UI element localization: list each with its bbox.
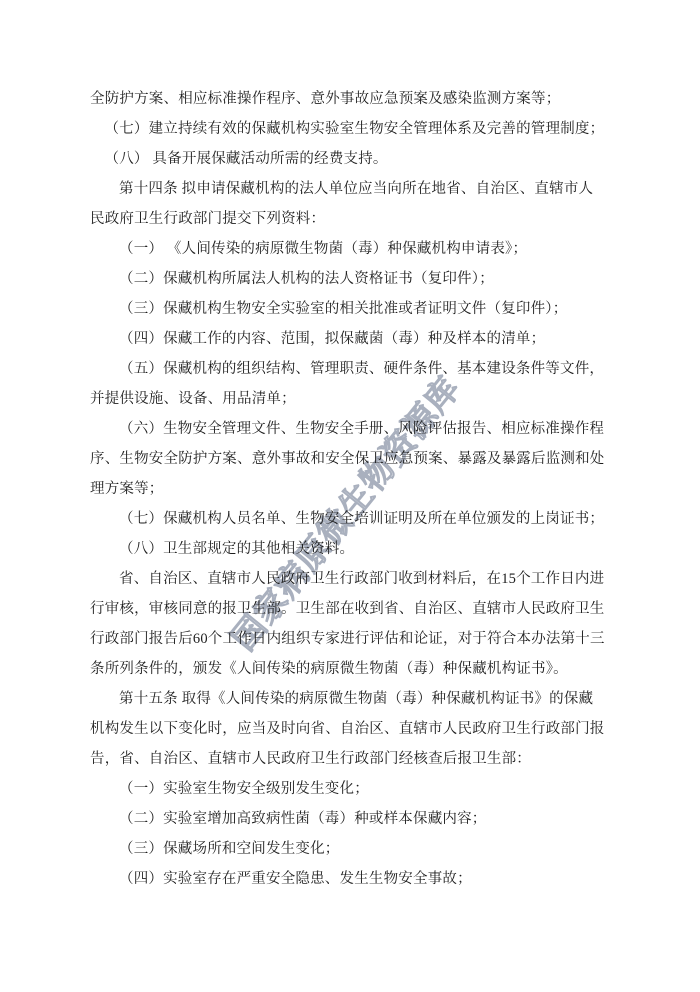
text-line: 行审核，审核同意的报卫生部。卫生部在收到省、自治区、直辖市人民政府卫生: [90, 594, 614, 624]
text-line: （七）建立持续有效的保藏机构实验室生物安全管理体系及完善的管理制度；: [90, 114, 614, 144]
text-line: （一）实验室生物安全级别发生变化；: [90, 774, 614, 804]
text-line: 行政部门报告后60个工作日内组织专家进行评估和论证，对于符合本办法第十三: [90, 624, 614, 654]
text-line: 告，省、自治区、直辖市人民政府卫生行政部门经核查后报卫生部：: [90, 744, 614, 774]
text-line: 民政府卫生行政部门提交下列资料：: [90, 204, 614, 234]
text-line: 机构发生以下变化时，应当及时向省、自治区、直辖市人民政府卫生行政部门报: [90, 714, 614, 744]
text-line: 第十五条 取得《人间传染的病原微生物菌（毒）种保藏机构证书》的保藏: [90, 684, 614, 714]
text-line: （二）实验室增加高致病性菌（毒）种或样本保藏内容；: [90, 804, 614, 834]
text-line: （八） 具备开展保藏活动所需的经费支持。: [90, 144, 614, 174]
text-line: （四）实验室存在严重安全隐患、发生生物安全事故；: [90, 864, 614, 894]
text-line: （五）保藏机构的组织结构、管理职责、硬件条件、基本建设条件等文件，: [90, 354, 614, 384]
document-body: 全防护方案、相应标准操作程序、意外事故应急预案及感染监测方案等；（七）建立持续有…: [90, 84, 614, 894]
text-line: （六）生物安全管理文件、生物安全手册、风险评估报告、相应标准操作程: [90, 414, 614, 444]
text-line: （三）保藏机构生物安全实验室的相关批准或者证明文件（复印件）；: [90, 294, 614, 324]
text-line: 序、生物安全防护方案、意外事故和安全保卫应急预案、暴露及暴露后监测和处: [90, 444, 614, 474]
text-line: 省、自治区、直辖市人民政府卫生行政部门收到材料后，在15个工作日内进: [90, 564, 614, 594]
text-line: 第十四条 拟申请保藏机构的法人单位应当向所在地省、自治区、直辖市人: [90, 174, 614, 204]
text-line: 条所列条件的，颁发《人间传染的病原微生物菌（毒）种保藏机构证书》。: [90, 654, 614, 684]
text-line: （四）保藏工作的内容、范围，拟保藏菌（毒）种及样本的清单；: [90, 324, 614, 354]
text-line: （三）保藏场所和空间发生变化；: [90, 834, 614, 864]
text-line: 并提供设施、设备、用品清单；: [90, 384, 614, 414]
text-line: 理方案等；: [90, 474, 614, 504]
text-line: （八）卫生部规定的其他相关资料。: [90, 534, 614, 564]
text-line: （七）保藏机构人员名单、生物安全培训证明及所在单位颁发的上岗证书；: [90, 504, 614, 534]
text-line: 全防护方案、相应标准操作程序、意外事故应急预案及感染监测方案等；: [90, 84, 614, 114]
document-page: 国家病原微生物资源库 全防护方案、相应标准操作程序、意外事故应急预案及感染监测方…: [0, 0, 700, 992]
text-line: （二）保藏机构所属法人机构的法人资格证书（复印件）；: [90, 264, 614, 294]
text-line: （一） 《人间传染的病原微生物菌（毒）种保藏机构申请表》；: [90, 234, 614, 264]
